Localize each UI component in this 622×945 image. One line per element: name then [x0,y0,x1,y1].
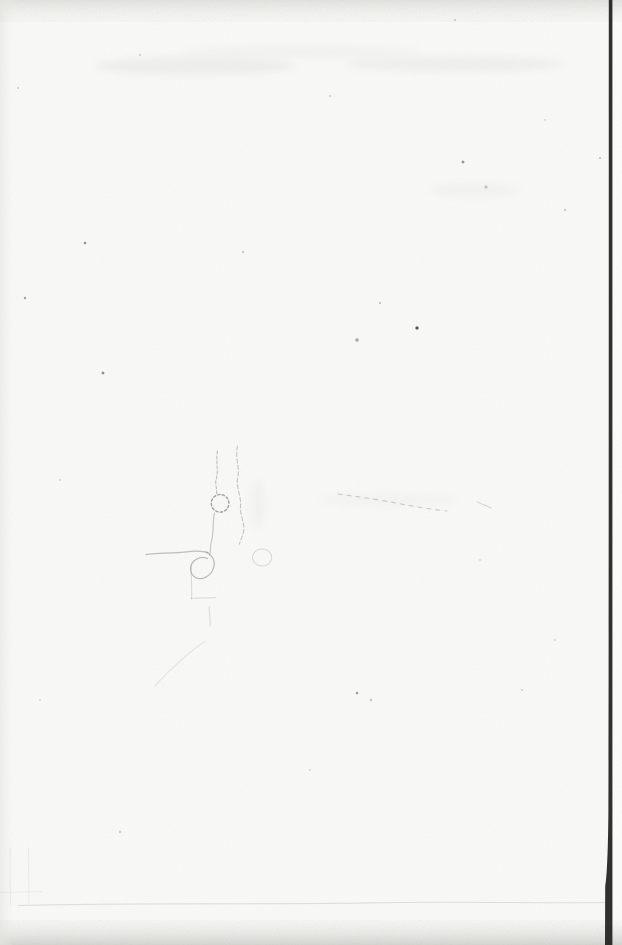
paper-smudge [430,183,520,197]
paper-speck [521,689,523,691]
scanned-page [0,0,622,945]
paper-speck [544,119,546,121]
paper-speck [24,297,26,299]
paper-grain [0,0,622,945]
paper-speck [454,19,456,21]
paper-speck [242,251,244,253]
scan-canvas [0,0,622,945]
pencil-stroke [191,566,192,599]
bottom-band-grain [0,920,622,945]
paper-speck [17,87,19,89]
paper-speck [599,157,601,159]
paper-speck [554,639,556,641]
paper-speck [39,699,41,701]
paper-speck [329,95,331,97]
paper-speck [564,209,566,211]
paper-speck [484,185,487,188]
paper-speck [59,479,61,481]
paper-speck [355,338,359,342]
paper-speck [379,302,381,304]
paper-speck [119,831,121,833]
paper-speck [102,372,105,375]
paper-smudge [95,57,295,75]
faint-guide-line [10,848,11,905]
paper-speck [462,161,465,164]
paper-speck [479,559,481,561]
paper-speck [370,699,372,701]
paper-speck [356,692,359,695]
paper-smudge [320,494,460,506]
paper-speck [84,242,87,245]
paper-speck [309,769,311,771]
paper-speck [139,54,141,56]
paper-smudge [250,480,266,530]
top-band-grain [0,0,622,22]
paper-smudge [345,56,565,72]
paper-smudge [180,46,420,58]
paper-speck [415,326,418,329]
faint-guide-line [29,848,30,903]
